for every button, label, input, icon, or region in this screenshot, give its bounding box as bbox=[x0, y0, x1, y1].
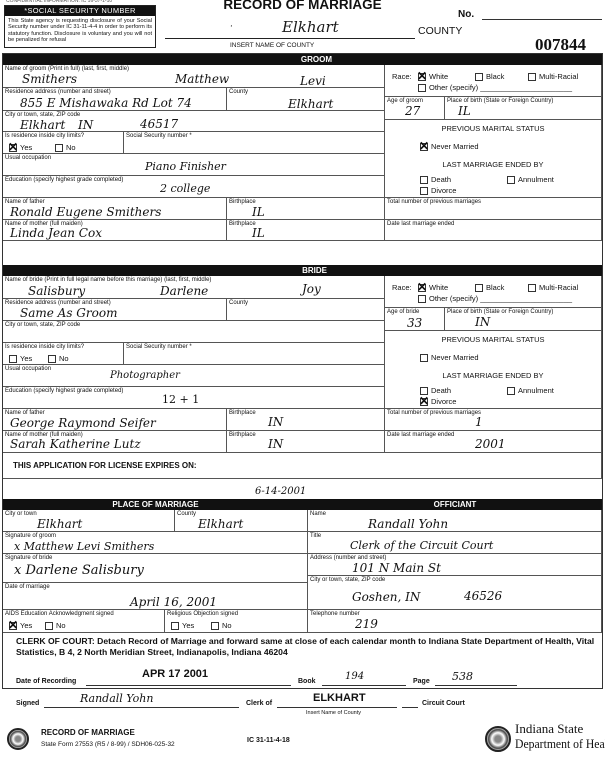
groom-education: 2 college bbox=[160, 182, 210, 195]
bride-race-multi[interactable]: Multi-Racial bbox=[528, 283, 578, 292]
officiant-phone-field[interactable]: Telephone number bbox=[308, 610, 602, 633]
checkbox-icon bbox=[507, 176, 515, 184]
officiant-name-field[interactable]: Name bbox=[308, 510, 602, 532]
circuit-court-label: Circuit Court bbox=[422, 700, 465, 707]
groom-middle-name: Levi bbox=[300, 74, 326, 88]
groom-mother-birthplace-field[interactable]: Birthplace bbox=[227, 220, 385, 241]
county-value: Elkhart bbox=[282, 18, 339, 36]
groom-race-label: Race: bbox=[392, 72, 412, 81]
clerk-signature: Randall Yohn bbox=[80, 692, 153, 705]
groom-ended-annulment[interactable]: Annulment bbox=[507, 175, 554, 184]
place-city-label: City or town bbox=[3, 510, 174, 519]
groom-total-prev-label: Total number of previous marriages bbox=[385, 198, 601, 207]
officiant-zip: 46526 bbox=[464, 589, 502, 603]
bride-occupation-field[interactable]: Usual occupation bbox=[3, 365, 385, 387]
license-expires-value: 6-14-2001 bbox=[255, 486, 306, 497]
bride-pob-field[interactable]: Place of birth (State or Foreign Country… bbox=[445, 308, 602, 331]
groom-ssn-label: Social Security number * bbox=[124, 132, 384, 141]
recording-date-label: Date of Recording bbox=[16, 678, 76, 685]
aids-ack-yes[interactable]: Yes bbox=[9, 621, 32, 630]
groom-mother: Linda Jean Cox bbox=[10, 226, 102, 240]
bride-race-field: Race: White Black Multi-Racial Other (sp… bbox=[385, 276, 602, 308]
checkbox-icon bbox=[45, 622, 53, 630]
checkbox-icon bbox=[55, 144, 63, 152]
bride-ssn-label: Social Security number * bbox=[124, 343, 384, 352]
officiant-name: Randall Yohn bbox=[368, 517, 448, 531]
groom-first-name: Matthew bbox=[175, 72, 229, 86]
checkbox-icon bbox=[418, 295, 426, 303]
religious-objection-label: Religious Objection signed bbox=[165, 610, 307, 619]
bride-race-other[interactable]: Other (specify) ______________________ bbox=[418, 294, 572, 303]
bride-race-white[interactable]: White bbox=[418, 283, 448, 292]
license-expiry-row: THIS APPLICATION FOR LICENSE EXPIRES ON: bbox=[3, 453, 602, 479]
groom-race-white[interactable]: White bbox=[418, 72, 448, 81]
county-mark: · bbox=[230, 22, 233, 32]
page-label: Page bbox=[413, 678, 430, 685]
state-seal-icon bbox=[7, 728, 29, 750]
officiant-name-label: Name bbox=[308, 510, 601, 519]
place-county: Elkhart bbox=[198, 517, 243, 531]
groom-race-multi[interactable]: Multi-Racial bbox=[528, 72, 578, 81]
bride-occupation-label: Usual occupation bbox=[3, 365, 384, 374]
recording-date: APR 17 2001 bbox=[142, 668, 208, 680]
groom-city-limits-yes[interactable]: Yes bbox=[9, 143, 32, 152]
bride-city-limits-no[interactable]: No bbox=[48, 354, 69, 363]
groom-total-prev-field[interactable]: Total number of previous marriages bbox=[385, 198, 602, 220]
clerk-insert-county: Insert Name of County bbox=[306, 710, 361, 716]
officiant-section-header: OFFICIANT bbox=[308, 499, 602, 510]
recording-date-line bbox=[86, 685, 291, 686]
record-number-line bbox=[482, 19, 602, 20]
groom-city-limits-field: Is residence inside city limits? Yes No bbox=[3, 132, 124, 154]
officiant-title: Clerk of the Circuit Court bbox=[350, 539, 493, 552]
footer-statute: IC 31-11-4-18 bbox=[247, 737, 290, 744]
page-title: RECORD OF MARRIAGE bbox=[0, 0, 605, 12]
groom-mother-birthplace-label: Birthplace bbox=[227, 220, 384, 229]
groom-city-limits-no[interactable]: No bbox=[55, 143, 76, 152]
bride-ended-divorce[interactable]: Divorce bbox=[420, 397, 456, 406]
marriage-date-label: Date of marriage bbox=[3, 583, 307, 592]
checkbox-icon bbox=[528, 73, 536, 81]
bride-signature-label: Signature of bride bbox=[3, 554, 307, 563]
groom-county: Elkhart bbox=[288, 97, 333, 111]
place-city-field[interactable]: City or town bbox=[3, 510, 175, 532]
clerk-county: ELKHART bbox=[313, 692, 366, 704]
bride-last-ended-title: LAST MARRIAGE ENDED BY bbox=[385, 371, 601, 380]
county-caption: INSERT NAME OF COUNTY bbox=[230, 42, 314, 49]
bride-race-black[interactable]: Black bbox=[475, 283, 504, 292]
bride-education: 12 + 1 bbox=[162, 393, 199, 406]
groom-ended-divorce[interactable]: Divorce bbox=[420, 186, 456, 195]
footer-agency-line1: Indiana State bbox=[515, 722, 583, 736]
groom-section-header: GROOM bbox=[3, 54, 602, 65]
bride-total-prev-label: Total number of previous marriages bbox=[385, 409, 601, 418]
checkbox-icon bbox=[528, 284, 536, 292]
groom-last-ended-title: LAST MARRIAGE ENDED BY bbox=[385, 160, 601, 169]
circuit-court-line bbox=[402, 707, 418, 708]
footer-form-number: State Form 27553 (R5 / 8-99) / SDH06-025… bbox=[41, 741, 175, 748]
bride-total-prev: 1 bbox=[475, 415, 483, 429]
religious-objection-yes[interactable]: Yes bbox=[171, 621, 194, 630]
groom-ended-death[interactable]: Death bbox=[420, 175, 451, 184]
groom-date-last-label: Date last marriage ended bbox=[385, 220, 601, 229]
groom-father-birthplace: IL bbox=[252, 205, 265, 219]
checkbox-icon bbox=[9, 355, 17, 363]
bride-age: 33 bbox=[407, 316, 422, 330]
bride-prev-status-title: PREVIOUS MARITAL STATUS bbox=[385, 335, 601, 344]
groom-county-label: County bbox=[227, 88, 384, 97]
groom-father-birthplace-field[interactable]: Birthplace bbox=[227, 198, 385, 220]
checkbox-icon bbox=[48, 355, 56, 363]
groom-race-black[interactable]: Black bbox=[475, 72, 504, 81]
page-line bbox=[435, 685, 517, 686]
groom-race-other[interactable]: Other (specify) ______________________ bbox=[418, 83, 572, 92]
bride-mother: Sarah Katherine Lutz bbox=[10, 437, 141, 451]
groom-occupation: Piano Finisher bbox=[145, 160, 226, 173]
checkbox-icon bbox=[420, 187, 428, 195]
place-section-header: PLACE OF MARRIAGE bbox=[3, 499, 308, 510]
bride-city-label: City or town, state, ZIP code bbox=[3, 321, 384, 330]
checkbox-checked-icon bbox=[418, 284, 426, 292]
checkbox-icon bbox=[418, 84, 426, 92]
bride-never-married[interactable]: Never Married bbox=[420, 353, 479, 362]
signed-label: Signed bbox=[16, 700, 39, 707]
health-dept-seal-icon bbox=[485, 726, 511, 752]
clerk-county-line bbox=[277, 707, 397, 708]
officiant-address: 101 N Main St bbox=[352, 561, 441, 575]
groom-father: Ronald Eugene Smithers bbox=[10, 205, 161, 219]
groom-pob: IL bbox=[458, 104, 471, 118]
bride-mother-birthplace-label: Birthplace bbox=[227, 431, 384, 440]
bride-address: Same As Groom bbox=[20, 306, 117, 320]
signed-line[interactable] bbox=[44, 707, 239, 708]
groom-city-limits-label: Is residence inside city limits? bbox=[3, 132, 123, 141]
groom-date-last-field[interactable]: Date last marriage ended bbox=[385, 220, 602, 241]
place-city: Elkhart bbox=[37, 517, 82, 531]
bride-county-label: County bbox=[227, 299, 384, 308]
bride-mother-birthplace-field[interactable]: Birthplace bbox=[227, 431, 385, 453]
checkbox-icon bbox=[171, 622, 179, 630]
bride-ssn-field[interactable]: Social Security number * bbox=[124, 343, 385, 365]
checkbox-checked-icon bbox=[418, 73, 426, 81]
groom-ssn-field[interactable]: Social Security number * bbox=[124, 132, 385, 154]
aids-ack-label: AIDS Education Acknowledgment signed bbox=[3, 610, 164, 619]
marriage-date: April 16, 2001 bbox=[130, 595, 217, 609]
groom-marital-status: PREVIOUS MARITAL STATUS Never Married LA… bbox=[385, 120, 602, 198]
officiant-city-label: City or town, state, ZIP code bbox=[308, 576, 601, 585]
officiant-city: Goshen, IN bbox=[352, 590, 420, 604]
groom-never-married[interactable]: Never Married bbox=[420, 142, 479, 151]
checkbox-checked-icon bbox=[9, 622, 17, 630]
groom-signature: x Matthew Levi Smithers bbox=[14, 540, 154, 553]
religious-objection-no[interactable]: No bbox=[211, 621, 232, 630]
bride-total-prev-field[interactable]: Total number of previous marriages bbox=[385, 409, 602, 431]
bride-father: George Raymond Seifer bbox=[10, 416, 156, 430]
groom-father-birthplace-label: Birthplace bbox=[227, 198, 384, 207]
checkbox-checked-icon bbox=[9, 144, 17, 152]
bride-pob: IN bbox=[475, 315, 490, 329]
checkbox-icon bbox=[475, 73, 483, 81]
officiant-phone-label: Telephone number bbox=[308, 610, 601, 619]
officiant-phone: 219 bbox=[355, 617, 378, 631]
bride-marital-status: PREVIOUS MARITAL STATUS Never Married LA… bbox=[385, 331, 602, 409]
aids-ack-field: AIDS Education Acknowledgment signed Yes… bbox=[3, 610, 165, 633]
bride-occupation: Photographer bbox=[110, 370, 180, 381]
bride-last-name: Salisbury bbox=[28, 284, 85, 298]
bride-city-limits-yes[interactable]: Yes bbox=[9, 354, 32, 363]
record-number: 007844 bbox=[535, 35, 586, 55]
groom-race-field: Race: White Black Multi-Racial Other (sp… bbox=[385, 65, 602, 97]
clerk-instruction: CLERK OF COURT: Detach Record of Marriag… bbox=[16, 636, 596, 658]
page-value: 538 bbox=[452, 670, 473, 683]
groom-zip: 46517 bbox=[140, 117, 178, 131]
license-expires-label: THIS APPLICATION FOR LICENSE EXPIRES ON: bbox=[13, 461, 197, 470]
bride-pob-label: Place of birth (State or Foreign Country… bbox=[445, 308, 601, 317]
groom-prev-status-title: PREVIOUS MARITAL STATUS bbox=[385, 124, 601, 133]
bride-father-birthplace: IN bbox=[268, 415, 283, 429]
checkbox-icon bbox=[475, 284, 483, 292]
footer-form-title: RECORD OF MARRIAGE bbox=[41, 728, 135, 737]
bride-ended-annulment[interactable]: Annulment bbox=[507, 386, 554, 395]
checkbox-icon bbox=[420, 176, 428, 184]
bride-mother-birthplace: IN bbox=[268, 437, 283, 451]
aids-ack-no[interactable]: No bbox=[45, 621, 66, 630]
book-label: Book bbox=[298, 678, 316, 685]
groom-state: IN bbox=[78, 118, 93, 132]
bride-middle-name: Joy bbox=[302, 282, 321, 296]
groom-age: 27 bbox=[405, 104, 420, 118]
checkbox-checked-icon bbox=[420, 398, 428, 406]
groom-mother-birthplace: IL bbox=[252, 226, 265, 240]
bride-father-birthplace-field[interactable]: Birthplace bbox=[227, 409, 385, 431]
bride-city-limits-field: Is residence inside city limits? Yes No bbox=[3, 343, 124, 365]
bride-date-last: 2001 bbox=[475, 437, 506, 451]
county-suffix: COUNTY bbox=[418, 25, 462, 37]
bride-signature: x Darlene Salisbury bbox=[14, 563, 144, 578]
bride-race-label: Race: bbox=[392, 283, 412, 292]
book-line bbox=[322, 685, 406, 686]
bride-county-field[interactable]: County bbox=[227, 299, 385, 321]
bride-city-field[interactable]: City or town, state, ZIP code bbox=[3, 321, 385, 343]
bride-first-name: Darlene bbox=[160, 284, 208, 298]
groom-address: 855 E Mishawaka Rd Lot 74 bbox=[20, 96, 192, 110]
checkbox-icon bbox=[420, 354, 428, 362]
religious-objection-field: Religious Objection signed Yes No bbox=[165, 610, 308, 633]
ssn-box-text: This State agency is requesting disclosu… bbox=[5, 16, 155, 46]
footer-agency-line2: Department of Health bbox=[515, 737, 605, 751]
bride-father-birthplace-label: Birthplace bbox=[227, 409, 384, 418]
record-number-label: No. bbox=[458, 9, 474, 20]
checkbox-icon bbox=[507, 387, 515, 395]
clerk-of-label: Clerk of bbox=[246, 700, 272, 707]
book-value: 194 bbox=[345, 671, 364, 682]
groom-city: Elkhart bbox=[20, 118, 65, 132]
groom-last-name: Smithers bbox=[22, 72, 77, 86]
bride-city-limits-label: Is residence inside city limits? bbox=[3, 343, 123, 352]
checkbox-icon bbox=[211, 622, 219, 630]
checkbox-checked-icon bbox=[420, 143, 428, 151]
bride-section-header: BRIDE bbox=[3, 265, 602, 276]
